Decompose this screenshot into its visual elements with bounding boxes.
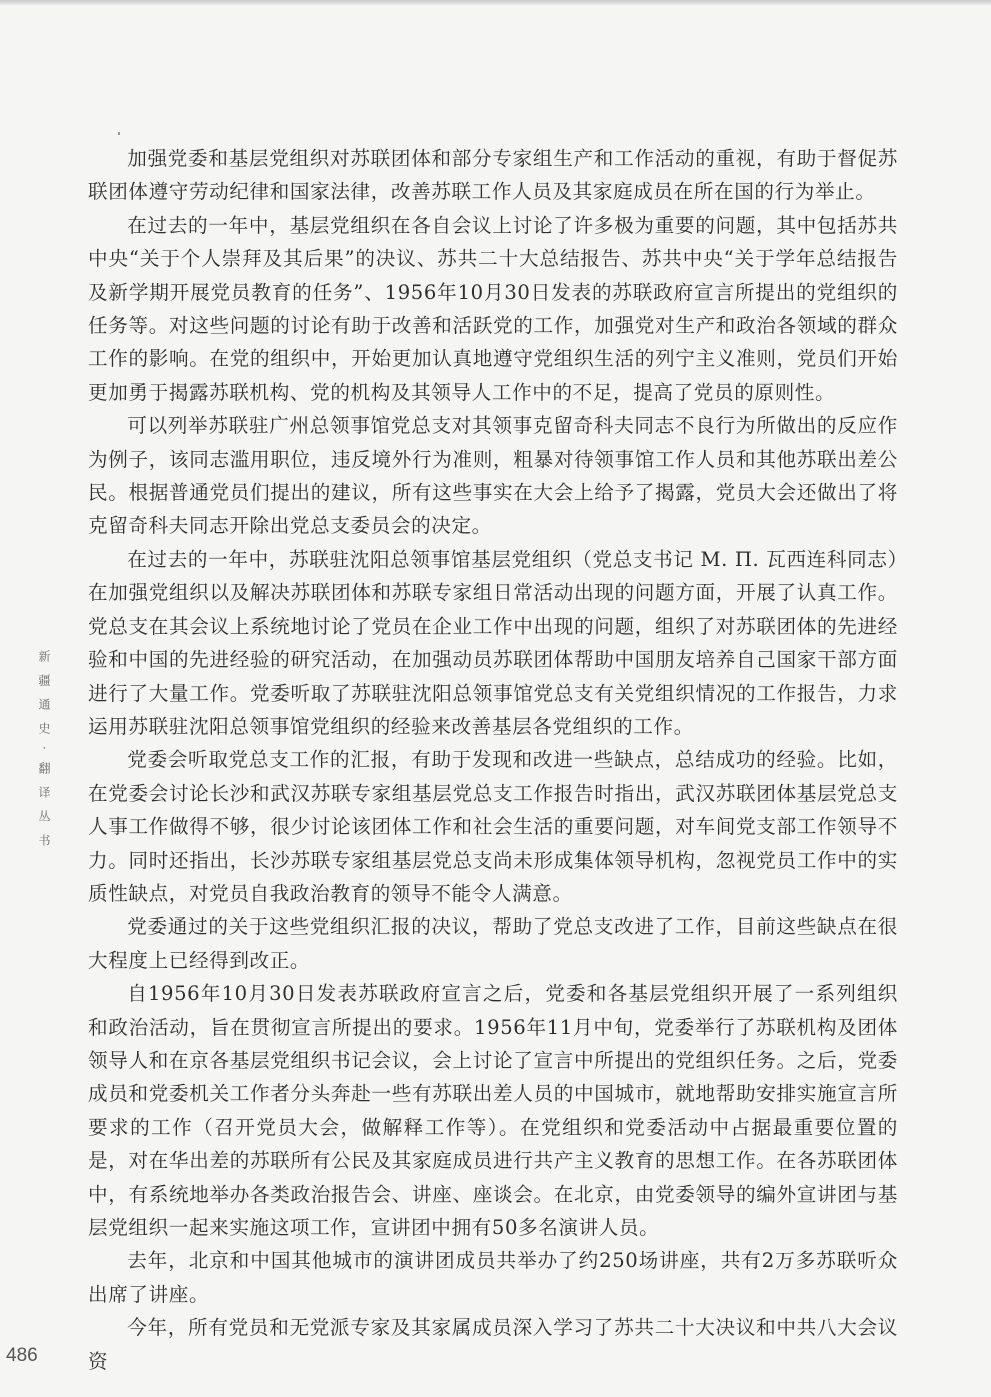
paragraph-2: 在过去的一年中，基层党组织在各自会议上讨论了许多极为重要的问题，其中包括苏共中央… (88, 209, 898, 409)
paragraph-1: 加强党委和基层党组织对苏联团体和部分专家组生产和工作活动的重视，有助于督促苏联团… (88, 142, 898, 209)
paragraph-9: 今年，所有党员和无党派专家及其家属成员深入学习了苏共二十大决议和中共八大会议资 (88, 1311, 898, 1378)
page-top-edge (0, 0, 991, 5)
scan-speck (118, 132, 120, 135)
paragraph-4: 在过去的一年中，苏联驻沈阳总领事馆基层党组织（党总支书记 M. П. 瓦西连科同… (88, 543, 898, 743)
page-number: 486 (6, 1345, 38, 1367)
paragraph-5: 党委会听取党总支工作的汇报，有助于发现和改进一些缺点，总结成功的经验。比如，在党… (88, 743, 898, 910)
paragraph-8: 去年，北京和中国其他城市的演讲团成员共举办了约250场讲座，共有2万多苏联听众出… (88, 1244, 898, 1311)
paragraph-3: 可以列举苏联驻广州总领事馆党总支对其领事克留奇科夫同志不良行为所做出的反应作为例… (88, 409, 898, 543)
page-body: 加强党委和基层党组织对苏联团体和部分专家组生产和工作活动的重视，有助于督促苏联团… (88, 142, 898, 1378)
paragraph-6: 党委通过的关于这些党组织汇报的决议，帮助了党总支改进了工作，目前这些缺点在很大程… (88, 910, 898, 977)
paragraph-7: 自1956年10月30日发表苏联政府宣言之后，党委和各基层党组织开展了一系列组织… (88, 977, 898, 1244)
series-side-title: 新疆通史·翻译丛书 (36, 650, 56, 858)
